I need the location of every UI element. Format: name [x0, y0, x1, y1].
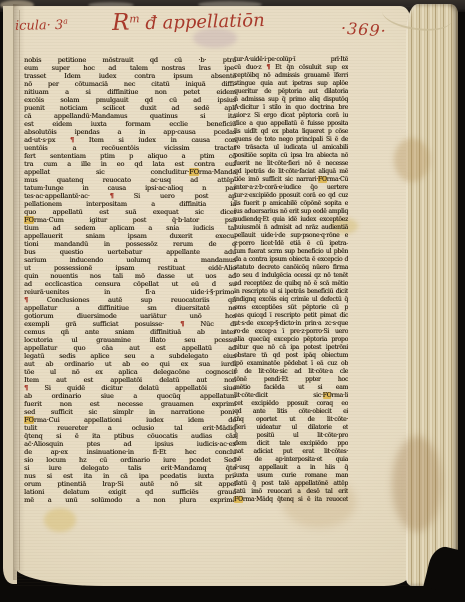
text-line: sed sufficit sic simplr in narratione po… [24, 408, 236, 416]
text-line: ceptōibq nō admissis grauamē īferri [234, 72, 348, 80]
text-line: cā appellandū·Mandamus quatinus si ita [24, 112, 236, 120]
text-line: tulit reuereter a oclusio tal erit·Mādiq [24, 424, 236, 432]
text-line: FOrma·Cui appellationi iudex idem de [24, 416, 236, 424]
text-line: trasset Idem iudex contra ipsum absentē [24, 72, 236, 80]
text-line: uentōis a recōuentōis vicissim tractat [24, 144, 236, 152]
text-line: bus questio uertebatur appellante adu [24, 248, 236, 256]
text-line: lis uidlt qd ex pbata liqueret p cōse [234, 128, 348, 136]
paragraph-mark: ¶ [24, 296, 28, 304]
running-header-title-text: đ appellatiōn [139, 10, 265, 34]
text-line: tatū imō reuocari a desō tal erit [234, 488, 348, 496]
text-line: Ā·dicitur ī stilo in quo doctrina bre [234, 104, 348, 112]
text-line: quo appellatū est suā exequat sic dicet [24, 208, 236, 216]
paragraph-mark: ¶ [180, 320, 184, 328]
text-line: cet excipiēdo pposuit coraq eo [234, 400, 348, 408]
text-line: tn̄q oportet ut de lit·cōte· [234, 416, 348, 424]
text-line: tium ad sedem aplicam a snia iudicis tal [24, 224, 236, 232]
text-line: fert sententiam ptim p aliquo a ptim cō [24, 152, 236, 160]
text-line: ē·usq appellauit a in hiis q̄ [234, 464, 348, 472]
text-line: pellationem interpositam a diffinitia ia [24, 200, 236, 208]
fore-edge-page-stack [406, 4, 458, 586]
text-line: positiōe sopita cū ipsa lra abiecta nō [234, 152, 348, 160]
text-line: tra cum a ille in eo qd lata est contra … [24, 160, 236, 168]
text-line: FOrma·Cum igitur post q̄·b·lator psn̄ [24, 216, 236, 224]
text-line: oms exceptiōes sūt pēptorie cū p [234, 304, 348, 312]
text-line: ē de lit·cōte·sic ad lit·cōte·a cle [234, 368, 348, 376]
text-line: nō per cōtumaciā nec citatū iniquā diffi… [24, 80, 236, 88]
text-line: to seu d indulgēcia ocessi qz nō tenēt [234, 272, 348, 280]
text-line: sio locum hz cū ordinario iure pcedet Se… [24, 456, 236, 464]
text-line: lit·cōte·dicit sic·FOrma·li [234, 392, 348, 400]
text-line: qd ante litis cōte·obiecit ei [234, 408, 348, 416]
text-line: ad·ut·s·px ¶ Item si iudex in causa con [24, 136, 236, 144]
folio-number: ·369· [340, 18, 387, 40]
gutter-fold-line [19, 10, 20, 570]
highlighted-initial: FO [318, 176, 327, 183]
text-line: exempli grā sufficiat posuisse· ¶ Nūc di [24, 320, 236, 328]
text-line: appellatur a diffinitiue sm diuersitatē … [24, 304, 236, 312]
text-line: nitiuam a si diffinitiue non petet eidem [24, 88, 236, 96]
text-line: dem dicit tale excipiēdo ppo [234, 440, 348, 448]
text-line: indignq excōis eiq crimīe ul defectū q̄ [234, 296, 348, 304]
text-line: orum ptinentiā lrap·Si autē nō sit appel [24, 480, 236, 488]
text-line: queritur de pēptoria aut dilatoria [234, 88, 348, 96]
text-line: ro·de excep·a ī pre·z·porro·Si uero [234, 328, 348, 336]
text-line: aut ab ordinario ut ab eo qui ex sua iur… [24, 360, 236, 368]
text-line: puenit noticiam scilicet duxit ad sedē a… [24, 104, 236, 112]
text-line: iuxta usum curie romane man [234, 472, 348, 480]
text-line: z·porro licet·Idē etiā ē cū ipetra- [234, 240, 348, 248]
text-line: pellauit uide·i·de sup·psone·q·rōne e [234, 232, 348, 240]
text-line: ¶ Si quidē dicitur delatū appellatōi siu… [24, 384, 236, 392]
running-header-initial-superscript: m [129, 12, 140, 25]
text-line: stingue quia aut ipetras sup aplōe [234, 80, 348, 88]
text-column-left: nobis petitione mōstrauit qd cū ·b· ptra… [24, 56, 236, 504]
text-line: quin nouentis nos tali mō dasse ut uos a… [24, 272, 236, 280]
text-line: tōnē pendi·Et ppter hoc [234, 376, 348, 384]
text-line: de ap·ex insinuatione·in fi·Et hec concl… [24, 448, 236, 456]
text-line: tōe ul nō ex aplica delegacōne cognoscit [24, 368, 236, 376]
text-line: cū duo·z ¶ Et q̄n cōsuluit sup ex [234, 64, 348, 72]
text-line: nē de ap·interposita·et quia [234, 456, 348, 464]
text-line: sarium inducendo uolumq a mandamus [24, 256, 236, 264]
text-line: eum super hoc ad talem nostras lras ipe- [24, 64, 236, 72]
text-line: fuerit ne lit·cōte·fieri nō ē necesse [234, 160, 348, 168]
text-line: dice a quo appellatū ē fuisse pposita [234, 120, 348, 128]
text-line: nobis petitione mōstrauit qd cū ·b· ptra [24, 56, 236, 64]
text-line: lationi delatum exigit qd sufficiēs grau… [24, 488, 236, 496]
text-line: datū q̄ post talē appellatōnē attēp [234, 480, 348, 488]
running-header-left-text: icula· 3 [15, 18, 64, 34]
running-header-left-superscript: a [63, 17, 68, 26]
text-line: cemus qn̄ ante sniam diffinitiuā ab inte… [24, 328, 236, 336]
text-line: locutoria ul grauamine illato seu pcessu [24, 336, 236, 344]
text-line: quens de toto nego principali Si ē de [234, 136, 348, 144]
text-line: re trāsacta ul iudicata ul amicabili [234, 144, 348, 152]
running-header-initial: R [112, 10, 130, 36]
text-line: tur·Ā·uidē·i·pe·colūp·ī prī·Itē [234, 56, 348, 64]
text-line: si iure delegato talis erit·Mandamq q̄te [24, 464, 236, 472]
text-line: nitur que nō cā ipa potest ipetrōni [234, 344, 348, 352]
text-line: ad receptōez de quibq nō ē scā mētio [234, 280, 348, 288]
paragraph-mark: ¶ [70, 136, 74, 144]
text-line: n̄ admissa sup q̄ primo aliq disputōq [234, 96, 348, 104]
text-line: reiurā·uenites in fi·a uide·i·§·primo· [24, 288, 236, 296]
text-line: legatū sedis aplice seu a subdelegato ei… [24, 352, 236, 360]
text-line: alia quecūq excepcio pēptoria propo [234, 336, 348, 344]
text-line: ut·s·de excep·§·dicto·in prin·a zc·s·que [234, 320, 348, 328]
text-line: ut possessionē ipsam restituat eidē·Alio [24, 264, 236, 272]
text-line: ad ecclicastica censura cōpellat ut eū d… [24, 280, 236, 288]
book-photo: icula· 3a Rm đ appellatiōn ·369· nobis p… [0, 0, 465, 602]
text-line: tum fuerat scrm sup beneficio ul pbēn [234, 248, 348, 256]
running-header-title: Rm đ appellatiōn [112, 6, 265, 36]
paragraph-mark: ¶ [110, 192, 114, 200]
text-line: audiendq·Et quia idē iudex exceptōez [234, 216, 348, 224]
text-line: appellauerit sniam ipsam duxerit execu- [24, 232, 236, 240]
text-line: excōis solam pmulgauit qd cū ad ipsius [24, 96, 236, 104]
text-line: qd ipetrās de lit·cōte·faciat aliquā mē [234, 168, 348, 176]
text-line: mus quatenq reuocato ac·usq ad attēp- [24, 176, 236, 184]
text-line: ab ordinario siue a quocūq appellatum [24, 392, 236, 400]
paragraph-mark: ¶ [266, 64, 270, 71]
text-line: FOrma·Mādq q̄tenq si ē ita reuocet [234, 496, 348, 504]
text-line: in rescripto ul si ipetrās beneficiū dic… [234, 288, 348, 296]
text-line: ius aduersarius nō erit sup eodē ampliq [234, 208, 348, 216]
text-line: tur·z·excipiēdo pposuit corā eo qd cuz [234, 192, 348, 200]
highlighted-initial: FO [189, 168, 199, 176]
text-line: appellat sic concluditur·FOrma·Manda [24, 168, 236, 176]
highlighted-initial: FO [234, 496, 243, 503]
text-column-right: tur·Ā·uidē·i·pe·colūp·ī prī·Itēcū duo·z … [234, 56, 348, 504]
text-line: absolutōis ipendas a in app·causa pcedas [24, 128, 236, 136]
text-line: nus si est ita in cā ipa pcedatis iuxta … [24, 472, 236, 480]
text-line: est eidem iuxta formam ecclie beneficiū [24, 120, 236, 128]
text-line: tes·ac·appellantē·ac· ¶ Si uero post ap [24, 192, 236, 200]
text-line: mē a unū solūmodo a non plura exprimā [24, 496, 236, 504]
text-line: mētio faciēda ut si eam [234, 384, 348, 392]
text-line: eas quicqd ī rescripto petit pimat dic [234, 312, 348, 320]
text-line: appellatur quo cāa aut est appellatū ad [24, 344, 236, 352]
highlighted-initial: FO [323, 392, 332, 399]
text-line: lis fuerit p amicabilē cōpōnē sopita e [234, 200, 348, 208]
text-line: ¶ Conclusiones autē sup reuocatoriis qn̄ [24, 296, 236, 304]
text-line: ipō examinatōe pēdebat ī eā cuz ob [234, 360, 348, 368]
text-line: gotiorum diuersimode uariātur unō hos [24, 312, 236, 320]
text-line: fieri uideatur ul dilatorie et [234, 424, 348, 432]
text-line: tatum·Iunge in causa ipsi·ac·alioq n par [24, 184, 236, 192]
text-line: statuto decreto canōicōq nūero firma [234, 264, 348, 272]
text-line: uior·z Si ergo dicat pēptoria corā iu [234, 112, 348, 120]
text-line: nat adiciat put erat lit·cōtes· [234, 448, 348, 456]
text-line: fuerit non est necesse grauamen exprimi [24, 400, 236, 408]
text-line: da a contra ipsum obiecta ē excepcio d [234, 256, 348, 264]
highlighted-initial: FO [24, 216, 34, 224]
highlighted-initial: FO [24, 416, 34, 424]
text-line: huiusmōi n̄ admisit ad nrāz audientiā ap [234, 224, 348, 232]
text-line: ac̄·Aliosquin ptes ad ipsius iudicis·ac·… [24, 440, 236, 448]
text-line: obstare tn̄ qd post ipāq obiectum [234, 352, 348, 360]
paragraph-mark: ¶ [24, 384, 28, 392]
text-line: Item aut est appellatōi delatū aut non [24, 376, 236, 384]
text-line: tioni mandandū in possessōz rerum de q [24, 240, 236, 248]
text-line: q̄ positū ul lit·cōte·pro [234, 432, 348, 440]
text-line: q̄tenq si ē ita ptibus cōuocatis audias … [24, 432, 236, 440]
running-header-left: icula· 3a [15, 17, 68, 34]
text-line: tiōe imō sufficit sic narrari·FOrma·Cū [234, 176, 348, 184]
text-line: inter·a·z·b·corā·e·iudice q̄o uertere [234, 184, 348, 192]
